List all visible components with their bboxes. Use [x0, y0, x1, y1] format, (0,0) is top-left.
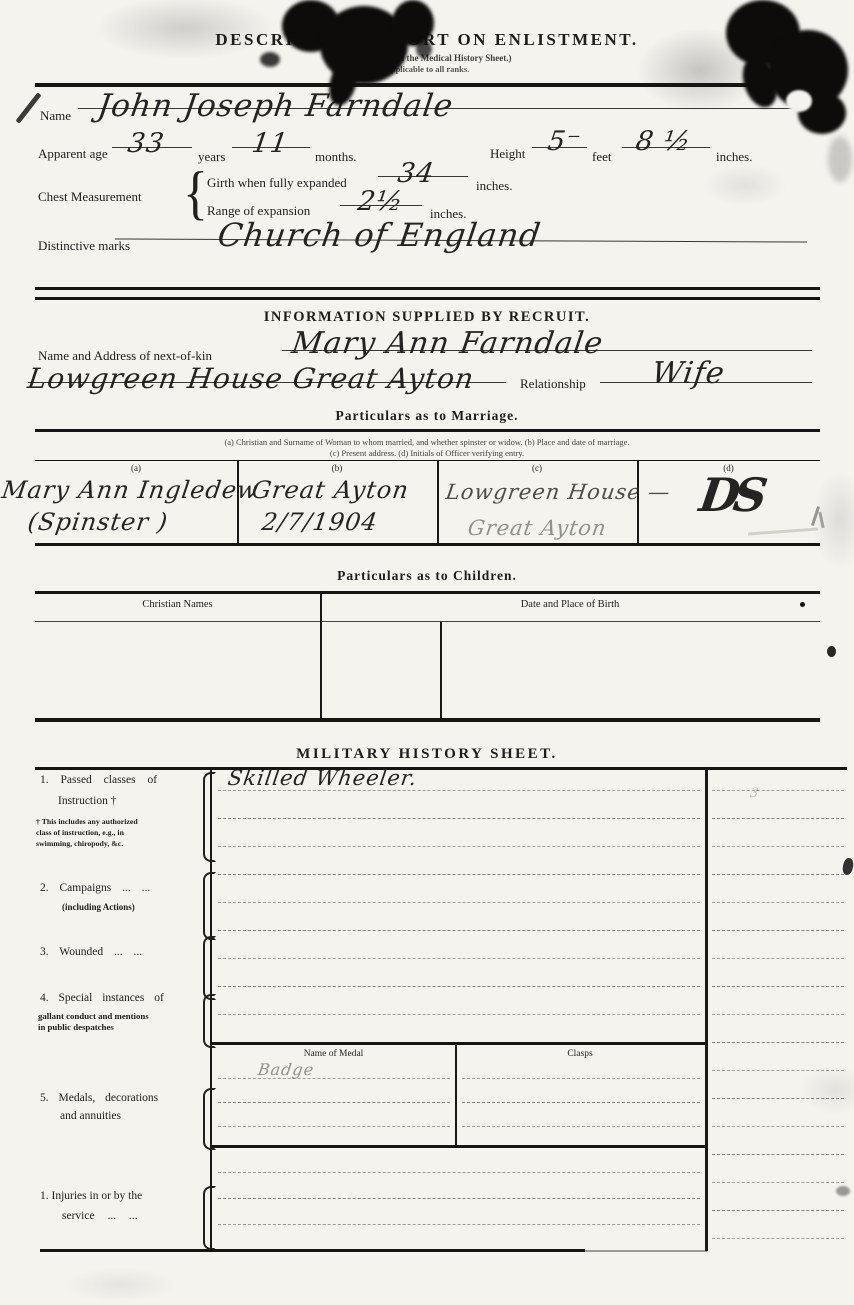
- ruled-line: [712, 930, 844, 931]
- ruled-line: [712, 1014, 844, 1015]
- divider-rule-2: [35, 297, 820, 300]
- item1-label-line1: 1. Passed classes of: [40, 774, 157, 786]
- scanned-enlistment-form: DESCRIPTIVE REPORT ON ENLISTMENT. (To ..…: [0, 0, 854, 1305]
- children-bottom-rule: [35, 718, 820, 722]
- medal-table-bottom: [212, 1145, 707, 1148]
- marriage-col-a-header: (a): [35, 463, 237, 473]
- ruled-line: [712, 1154, 844, 1155]
- ruled-line: [218, 986, 700, 987]
- ruled-line: [712, 1182, 844, 1183]
- name-label: Name: [40, 108, 71, 124]
- relationship-label: Relationship: [520, 376, 586, 392]
- item5-label-line1: 5. Medals, decorations: [40, 1092, 158, 1104]
- ruled-line: [218, 1126, 450, 1127]
- height-feet-value: 5⁻: [546, 126, 584, 157]
- marriage-woman-name: Mary Ann Ingledew: [0, 476, 261, 504]
- marriage-woman-status: (Spinster ): [26, 508, 170, 536]
- item1-label-line2: Instruction †: [58, 795, 116, 807]
- item4-label-line1: 4. Special instances of: [40, 992, 164, 1004]
- item2-brace: [203, 872, 216, 940]
- military-bottom-rule-faint: [585, 1250, 707, 1252]
- item4-label-line3: in public despatches: [38, 1022, 114, 1032]
- officer-initials-signature: DS: [696, 468, 765, 522]
- chest-brace: {: [183, 160, 208, 228]
- edge-smudge: [828, 136, 852, 182]
- page-subtitle-2: Applicable to all ranks.: [0, 64, 854, 74]
- item3-label: 3. Wounded ... ...: [40, 946, 142, 958]
- height-label: Height: [490, 146, 525, 162]
- item2-label-line1: 2. Campaigns ... ...: [40, 882, 150, 894]
- military-bottom-rule: [40, 1249, 585, 1252]
- margin-mark: [15, 92, 41, 123]
- item6-label-line2: service ... ...: [62, 1210, 138, 1222]
- ruled-line: [712, 790, 844, 791]
- girth-unit: inches.: [476, 178, 512, 194]
- nok-name-handwriting: Mary Ann Farndale: [290, 326, 606, 361]
- girth-label: Girth when fully expanded: [207, 175, 347, 191]
- item1-footnote-line1: † This includes any authorized: [36, 817, 138, 826]
- distinctive-marks-label: Distinctive marks: [38, 238, 130, 254]
- ruled-line: [218, 930, 700, 931]
- ruled-line: [712, 902, 844, 903]
- ink-blot: [392, 0, 434, 46]
- marriage-col-c-header: (c): [437, 463, 637, 473]
- ruled-line: [712, 986, 844, 987]
- medal-clasps-header: Clasps: [455, 1049, 705, 1059]
- feet-label: feet: [592, 149, 611, 165]
- ruled-line: [218, 1198, 700, 1199]
- children-top-rule: [35, 591, 820, 594]
- ruled-line: [712, 1210, 844, 1211]
- chest-measurement-label: Chest Measurement: [38, 189, 142, 205]
- recruit-section-heading: INFORMATION SUPPLIED BY RECRUIT.: [0, 309, 854, 326]
- months-label: months.: [315, 149, 357, 165]
- children-heading: Particulars as to Children.: [0, 568, 854, 584]
- nok-address-underline: [28, 382, 506, 383]
- ruled-line: [712, 1042, 844, 1043]
- military-right-divider: [705, 767, 708, 1251]
- marriage-date: 2/7/1904: [260, 508, 380, 536]
- ruled-line: [712, 1098, 844, 1099]
- name-value-handwriting: John Joseph Farndale: [95, 88, 455, 124]
- marriage-heading: Particulars as to Marriage.: [0, 408, 854, 424]
- item1-footnote-line2: class of instruction, e.g., in: [36, 828, 124, 837]
- marks-value-handwriting: Church of England: [215, 216, 543, 254]
- ruled-line: [712, 846, 844, 847]
- item5-brace: [203, 1088, 216, 1150]
- ruled-line: [462, 1078, 700, 1079]
- item6-label-line1: 1. Injuries in or by the: [40, 1190, 142, 1202]
- ruled-line: [712, 1070, 844, 1071]
- medal-pencil-entry: Badge: [257, 1060, 316, 1079]
- ruled-line: [218, 790, 700, 791]
- age-months-value: 11: [250, 128, 291, 159]
- pencil-scribble: [748, 528, 818, 536]
- marriage-divider-b: [437, 461, 439, 545]
- military-heading: MILITARY HISTORY SHEET.: [0, 746, 854, 763]
- marriage-top-rule: [35, 429, 820, 432]
- relationship-value-handwriting: Wife: [650, 356, 728, 391]
- ruled-line: [218, 902, 700, 903]
- item1-footnote-line3: swimming, chiropody, &c.: [36, 839, 123, 848]
- marriage-place: Great Ayton: [250, 476, 411, 504]
- medal-name-header: Name of Medal: [212, 1049, 455, 1059]
- ruled-line: [462, 1126, 700, 1127]
- ruled-line: [218, 958, 700, 959]
- marriage-table-top: [35, 460, 820, 461]
- children-header-rule: [35, 621, 820, 622]
- divider-rule-1: [35, 287, 820, 290]
- height-inches-value: 8 ½: [634, 126, 693, 157]
- marriage-col-b-header: (b): [237, 463, 437, 473]
- item6-brace: [203, 1186, 216, 1250]
- marriage-address-2: Great Ayton: [466, 516, 608, 540]
- marriage-footnote-1: (a) Christian and Surname of Woman to wh…: [0, 437, 854, 447]
- ruled-line: [218, 874, 700, 875]
- ruled-line: [218, 1172, 700, 1173]
- ruled-line: [712, 1238, 844, 1239]
- children-col-names-header: Christian Names: [35, 599, 320, 610]
- ruled-line: [712, 874, 844, 875]
- ruled-line: [218, 846, 700, 847]
- ruled-line: [218, 1102, 450, 1103]
- ruled-line: [462, 1102, 700, 1103]
- ruled-line: [218, 818, 700, 819]
- item4-label-line2: gallant conduct and mentions: [38, 1011, 149, 1021]
- header-bullet: [800, 602, 805, 607]
- children-divider-2: [440, 622, 442, 721]
- apparent-age-label: Apparent age: [38, 146, 108, 162]
- ruled-line: [712, 958, 844, 959]
- item1-brace: [203, 772, 216, 862]
- item5-label-line2: and annuities: [60, 1110, 121, 1122]
- girth-value: 34: [396, 158, 437, 189]
- item3-brace: [203, 936, 216, 1000]
- nok-address-handwriting: Lowgreen House Great Ayton: [26, 362, 477, 395]
- ink-spot: [836, 1186, 850, 1196]
- marriage-footnote-2: (c) Present address. (d) Initials of Off…: [0, 448, 854, 458]
- ruled-line: [218, 1224, 700, 1225]
- age-years-value: 33: [126, 128, 167, 159]
- stray-pencil-mark: 3: [749, 786, 760, 801]
- medal-table-top: [212, 1042, 707, 1045]
- marriage-bottom-rule: [35, 543, 820, 546]
- range-value: 2½: [356, 186, 406, 217]
- ink-spot: [842, 857, 854, 875]
- children-divider-1: [320, 591, 322, 721]
- ruled-line: [218, 1014, 700, 1015]
- inches-label: inches.: [716, 149, 752, 165]
- marriage-address-1: Lowgreen House —: [444, 480, 672, 504]
- ruled-line: [218, 1078, 450, 1079]
- ink-blot: [416, 40, 432, 58]
- children-col-birth-header: Date and Place of Birth: [320, 599, 820, 610]
- ink-spot: [827, 646, 836, 657]
- header-rule: [35, 83, 820, 87]
- ink-blot-hole: [786, 90, 812, 112]
- item2-label-line2: (including Actions): [62, 902, 135, 912]
- ruled-line: [712, 818, 844, 819]
- edge-squiggle: [818, 512, 824, 528]
- ink-blot: [260, 52, 280, 67]
- military-top-rule: [35, 767, 847, 770]
- item4-brace: [203, 994, 216, 1048]
- ruled-line: [712, 1126, 844, 1127]
- item1-entry-handwriting: Skilled Wheeler.: [226, 766, 419, 790]
